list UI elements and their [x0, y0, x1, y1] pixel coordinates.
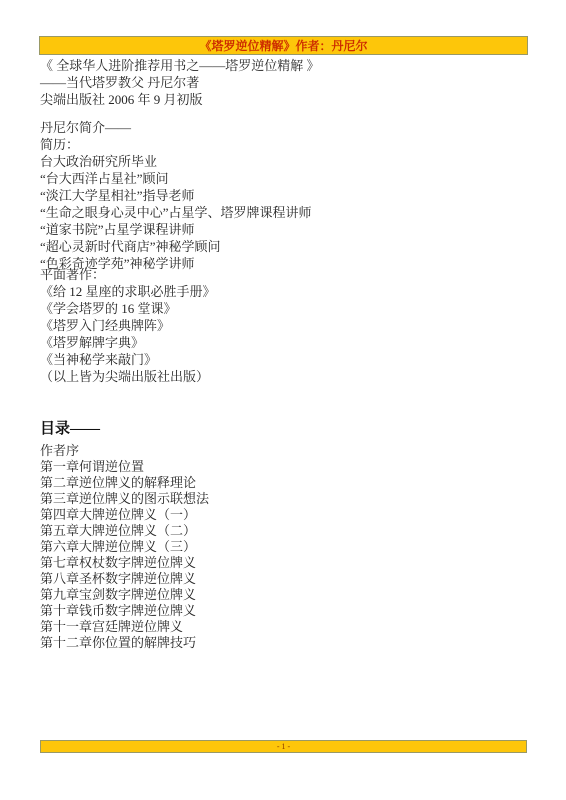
toc-item: 作者序 [40, 443, 536, 459]
toc-item: 第八章圣杯数字牌逆位牌义 [40, 571, 536, 587]
work-line: 《当神秘学来敲门》 [40, 351, 536, 368]
toc-item: 第十章钱币数字牌逆位牌义 [40, 603, 536, 619]
book-title-author: 《塔罗逆位精解》作者：丹尼尔 [199, 40, 367, 52]
intro-line: 尖端出版社 2006 年 9 月初版 [40, 91, 536, 108]
work-line: 《塔罗入门经典牌阵》 [40, 317, 536, 334]
intro-line: ——当代塔罗教父 丹尼尔著 [40, 74, 536, 91]
toc-item: 第五章大牌逆位牌义（二） [40, 523, 536, 539]
page-number: - 1 - [277, 743, 290, 751]
bio-line: “淡江大学星相社”指导老师 [40, 187, 536, 204]
footer-banner: - 1 - [40, 740, 527, 753]
bio-line: “台大西洋占星社”顾问 [40, 170, 536, 187]
toc-item: 第四章大牌逆位牌义（一） [40, 507, 536, 523]
document-page: 《塔罗逆位精解》作者：丹尼尔 《 全球华人进阶推荐用书之——塔罗逆位精解 》——… [0, 0, 566, 800]
toc-item: 第六章大牌逆位牌义（三） [40, 539, 536, 555]
toc-list: 作者序第一章何谓逆位置第二章逆位牌义的解释理论第三章逆位牌义的图示联想法第四章大… [40, 443, 536, 651]
author-bio-block: 丹尼尔简介——简历：台大政治研究所毕业“台大西洋占星社”顾问“淡江大学星相社”指… [40, 119, 536, 272]
work-line: 《塔罗解牌字典》 [40, 334, 536, 351]
toc-heading: 目录—— [40, 419, 100, 439]
toc-item: 第三章逆位牌义的图示联想法 [40, 491, 536, 507]
bio-line: “道家书院”占星学课程讲师 [40, 221, 536, 238]
toc-item: 第二章逆位牌义的解释理论 [40, 475, 536, 491]
bio-line: 台大政治研究所毕业 [40, 153, 536, 170]
bio-line: 简历： [40, 136, 536, 153]
toc-item: 第七章权杖数字牌逆位牌义 [40, 555, 536, 571]
toc-item: 第十二章你位置的解牌技巧 [40, 635, 536, 651]
bio-line: “超心灵新时代商店”神秘学顾问 [40, 238, 536, 255]
work-line: （以上皆为尖端出版社出版） [40, 368, 536, 385]
published-works-block: 平面著作：《给 12 星座的求职必胜手册》《学会塔罗的 16 堂课》《塔罗入门经… [40, 266, 536, 385]
bio-line: “生命之眼身心灵中心”占星学、塔罗牌课程讲师 [40, 204, 536, 221]
toc-item: 第十一章宫廷牌逆位牌义 [40, 619, 536, 635]
bio-line: 丹尼尔简介—— [40, 119, 536, 136]
work-line: 《给 12 星座的求职必胜手册》 [40, 283, 536, 300]
work-line: 《学会塔罗的 16 堂课》 [40, 300, 536, 317]
work-line: 平面著作： [40, 266, 536, 283]
intro-line: 《 全球华人进阶推荐用书之——塔罗逆位精解 》 [40, 57, 536, 74]
toc-item: 第一章何谓逆位置 [40, 459, 536, 475]
intro-block: 《 全球华人进阶推荐用书之——塔罗逆位精解 》——当代塔罗教父 丹尼尔著尖端出版… [40, 57, 536, 108]
header-banner: 《塔罗逆位精解》作者：丹尼尔 [39, 36, 528, 55]
toc-item: 第九章宝剑数字牌逆位牌义 [40, 587, 536, 603]
